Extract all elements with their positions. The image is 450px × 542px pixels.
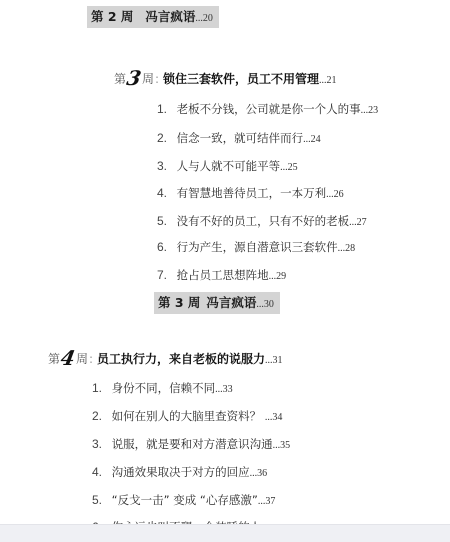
chapter-title: 员工执行力，来自老板的说服力 [97, 352, 265, 366]
page-number: ...37 [258, 496, 276, 507]
item-number: 6. [157, 238, 173, 256]
chapter-number: 3 [125, 68, 142, 88]
item-title: 老板不分钱，公司就是你一个人的事 [177, 102, 361, 116]
toc-item[interactable]: 6. 行为产生，源自潜意识三套软件...28 [157, 238, 355, 258]
page-number: ...23 [361, 105, 379, 116]
page-number: ...31 [265, 355, 283, 366]
page-number: ...28 [338, 243, 356, 254]
item-number: 1. [157, 100, 173, 118]
item-number: 1. [92, 379, 108, 397]
item-title: 有智慧地善待员工，一本万利 [177, 186, 327, 200]
item-title: 行为产生，源自潜意识三套软件 [177, 240, 338, 254]
item-title: 沟通效果取决于对方的回应 [112, 465, 250, 479]
page-number: ...34 [265, 412, 283, 423]
item-number: 7. [157, 266, 173, 284]
item-number: 4. [92, 463, 108, 481]
page-number: ...21 [319, 75, 337, 86]
toc-item[interactable]: 4. 沟通效果取决于对方的回应...36 [92, 463, 267, 483]
section-title: 冯言疯语 [145, 9, 195, 24]
item-title: 没有不好的员工，只有不好的老板 [177, 214, 350, 228]
toc-item[interactable]: 3. 说服，就是要和对方潜意识沟通...35 [92, 435, 290, 455]
page-number: ...25 [280, 162, 298, 173]
item-title: 身份不同，信赖不同 [112, 381, 216, 395]
chapter-suffix: 周 [76, 352, 88, 366]
item-title: 如何在别人的大脑里查资料？ [112, 409, 265, 423]
item-title: 信念一致，就可结伴而行 [177, 131, 304, 145]
page-number: ...26 [326, 189, 344, 200]
page-number: ...36 [250, 468, 268, 479]
item-number: 2. [92, 407, 108, 425]
item-title: 人与人就不可能平等 [177, 159, 281, 173]
item-number: 3. [157, 157, 173, 175]
week3-quotes-heading[interactable]: 第 3 周冯言疯语...30 [154, 292, 280, 314]
chapter-colon: : [155, 72, 159, 86]
week-label: 第 2 周 [91, 9, 133, 24]
page-number: ...27 [349, 217, 367, 228]
toc-item[interactable]: 1. 老板不分钱，公司就是你一个人的事...23 [157, 100, 378, 120]
page-number: ...20 [195, 13, 213, 24]
toc-item[interactable]: 5. “反戈一击” 变成 “心存感激”...37 [92, 491, 275, 511]
chapter-colon: : [89, 352, 93, 366]
page-number: ...30 [256, 299, 274, 310]
chapter4-heading[interactable]: 第4周:员工执行力，来自老板的说服力...31 [48, 348, 283, 371]
item-title: 说服，就是要和对方潜意识沟通 [112, 437, 273, 451]
chapter-title: 锁住三套软件，员工不用管理 [163, 72, 319, 86]
toc-item[interactable]: 1. 身份不同，信赖不同...33 [92, 379, 233, 399]
page-number: ...33 [215, 384, 233, 395]
item-number: 3. [92, 435, 108, 453]
item-number: 4. [157, 184, 173, 202]
page-number: ...29 [269, 271, 287, 282]
chapter-prefix: 第 [48, 352, 60, 366]
toc-item[interactable]: 3. 人与人就不可能平等...25 [157, 157, 298, 177]
item-number: 2. [157, 129, 173, 147]
page-number: ...35 [273, 440, 291, 451]
chapter-prefix: 第 [114, 72, 126, 86]
chapter-suffix: 周 [142, 72, 154, 86]
bottom-toolbar [0, 524, 450, 542]
item-number: 5. [157, 212, 173, 230]
week2-quotes-heading[interactable]: 第 2 周冯言疯语...20 [87, 6, 219, 28]
toc-item[interactable]: 7. 抢占员工思想阵地...29 [157, 266, 286, 286]
item-title: “反戈一击” 变成 “心存感激” [112, 493, 258, 507]
item-number: 5. [92, 491, 108, 509]
chapter3-heading[interactable]: 第3周:锁住三套软件，员工不用管理...21 [114, 68, 337, 91]
toc-item[interactable]: 2. 信念一致，就可结伴而行...24 [157, 129, 321, 149]
week-label: 第 3 周 [158, 295, 200, 310]
toc-item[interactable]: 4. 有智慧地善待员工，一本万利...26 [157, 184, 344, 204]
document-page: 第 2 周冯言疯语...20 第3周:锁住三套软件，员工不用管理...21 1.… [0, 0, 450, 542]
item-title: 抢占员工思想阵地 [177, 268, 269, 282]
chapter-number: 4 [59, 348, 76, 368]
page-number: ...24 [303, 134, 321, 145]
toc-item[interactable]: 5. 没有不好的员工，只有不好的老板...27 [157, 212, 367, 232]
toc-item[interactable]: 2. 如何在别人的大脑里查资料？ ...34 [92, 407, 282, 427]
section-title: 冯言疯语 [206, 295, 256, 310]
